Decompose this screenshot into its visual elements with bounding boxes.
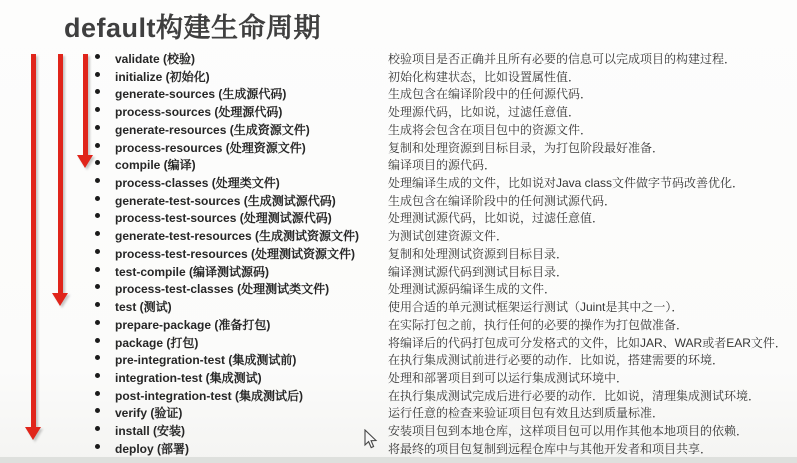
lifecycle-row: deploy (部署)将最终的项目包复制到远程仓库中与其他开发者和项目共享． <box>0 438 797 456</box>
phase-name: process-test-classes (处理测试类文件) <box>115 280 329 297</box>
bullet-icon <box>95 426 100 431</box>
phase-name: prepare-package (准备打包) <box>115 316 270 333</box>
bullet-icon <box>95 125 100 130</box>
bullet-icon <box>95 178 100 183</box>
bullet-icon <box>95 72 100 77</box>
phase-description: 处理源代码，比如说，过滤任意值． <box>388 103 580 120</box>
lifecycle-row: test (测试)使用合适的单元测试框架运行测试（Juint是其中之一）． <box>0 296 797 314</box>
phase-description: 为测试创建资源文件． <box>388 227 508 244</box>
phase-description: 在执行集成测试完成后进行必要的动作．比如说，清理集成测试环境． <box>388 387 760 404</box>
lifecycle-row: compile (编译)编译项目的源代码． <box>0 154 797 172</box>
phase-description: 生成包含在编译阶段中的任何源代码． <box>388 85 592 102</box>
phase-name: process-classes (处理类文件) <box>115 174 280 191</box>
phase-name: process-resources (处理资源文件) <box>115 139 306 156</box>
phase-name: test (测试) <box>115 298 172 315</box>
bullet-icon <box>95 143 100 148</box>
lifecycle-row: generate-test-sources (生成测试源代码)生成包含在编译阶段… <box>0 190 797 208</box>
lifecycle-row: package (打包)将编译后的代码打包成可分发格式的文件，比如JAR、WAR… <box>0 332 797 350</box>
lifecycle-list: validate (校验)校验项目是否正确并且所有必要的信息可以完成项目的构建过… <box>0 0 797 463</box>
bullet-icon <box>95 89 100 94</box>
lifecycle-row: initialize (初始化)初始化构建状态，比如设置属性值． <box>0 66 797 84</box>
lifecycle-row: process-test-classes (处理测试类文件)处理测试源码编译生成… <box>0 278 797 296</box>
phase-name: validate (校验) <box>115 50 195 67</box>
bullet-icon <box>95 196 100 201</box>
phase-description: 初始化构建状态，比如设置属性值． <box>388 68 580 85</box>
phase-description: 编译项目的源代码． <box>388 156 496 173</box>
lifecycle-row: prepare-package (准备打包)在实际打包之前，执行任何的必要的操作… <box>0 314 797 332</box>
phase-name: verify (验证) <box>115 404 182 421</box>
phase-name: process-test-resources (处理测试资源文件) <box>115 245 355 262</box>
phase-description: 运行任意的检查来验证项目包有效且达到质量标准． <box>388 404 664 421</box>
bullet-icon <box>95 160 100 165</box>
bullet-icon <box>95 373 100 378</box>
bullet-icon <box>95 284 100 289</box>
phase-name: process-sources (处理源代码) <box>115 103 282 120</box>
phase-description: 在执行集成测试前进行必要的动作．比如说，搭建需要的环境． <box>388 351 724 368</box>
lifecycle-row: generate-sources (生成源代码)生成包含在编译阶段中的任何源代码… <box>0 83 797 101</box>
bullet-icon <box>95 338 100 343</box>
phase-name: generate-sources (生成源代码) <box>115 85 286 102</box>
phase-description: 使用合适的单元测试框架运行测试（Juint是其中之一）． <box>388 298 683 315</box>
phase-name: generate-test-sources (生成测试源代码) <box>115 192 336 209</box>
phase-name: install (安装) <box>115 422 185 439</box>
lifecycle-row: process-test-resources (处理测试资源文件)复制和处理测试… <box>0 243 797 261</box>
bullet-icon <box>95 408 100 413</box>
phase-description: 处理测试源码编译生成的文件． <box>388 280 556 297</box>
mouse-cursor <box>363 429 379 450</box>
lifecycle-row: generate-resources (生成资源文件)生成将会包含在项目包中的资… <box>0 119 797 137</box>
bullet-icon <box>95 267 100 272</box>
phase-description: 复制和处理资源到目标目录，为打包阶段最好准备． <box>388 139 664 156</box>
lifecycle-row: validate (校验)校验项目是否正确并且所有必要的信息可以完成项目的构建过… <box>0 48 797 66</box>
phase-description: 生成将会包含在项目包中的资源文件． <box>388 121 592 138</box>
phase-description: 在实际打包之前，执行任何的必要的操作为打包做准备． <box>388 316 688 333</box>
bullet-icon <box>95 320 100 325</box>
bullet-icon <box>95 355 100 360</box>
bottom-edge-bar <box>0 457 797 463</box>
lifecycle-row: process-sources (处理源代码)处理源代码，比如说，过滤任意值． <box>0 101 797 119</box>
bullet-icon <box>95 249 100 254</box>
lifecycle-row: verify (验证)运行任意的检查来验证项目包有效且达到质量标准． <box>0 402 797 420</box>
phase-name: generate-test-resources (生成测试资源文件) <box>115 227 359 244</box>
phase-name: integration-test (集成测试) <box>115 369 262 386</box>
lifecycle-row: post-integration-test (集成测试后)在执行集成测试完成后进… <box>0 385 797 403</box>
bullet-icon <box>95 444 100 449</box>
phase-name: deploy (部署) <box>115 440 189 457</box>
phase-name: test-compile (编译测试源码) <box>115 263 269 280</box>
phase-name: package (打包) <box>115 334 198 351</box>
phase-name: process-test-sources (处理测试源代码) <box>115 209 332 226</box>
phase-name: generate-resources (生成资源文件) <box>115 121 310 138</box>
phase-description: 安装项目包到本地仓库，这样项目包可以用作其他本地项目的依赖． <box>388 422 748 439</box>
phase-description: 校验项目是否正确并且所有必要的信息可以完成项目的构建过程． <box>388 50 736 67</box>
bullet-icon <box>95 391 100 396</box>
lifecycle-row: process-resources (处理资源文件)复制和处理资源到目标目录，为… <box>0 137 797 155</box>
slide: default构建生命周期 validate (校验)校验项目是否正确并且所有必… <box>0 0 797 463</box>
lifecycle-row: test-compile (编译测试源码)编译测试源代码到测试目标目录． <box>0 261 797 279</box>
phase-description: 将最终的项目包复制到远程仓库中与其他开发者和项目共享． <box>388 440 712 457</box>
phase-name: pre-integration-test (集成测试前) <box>115 351 296 368</box>
bullet-icon <box>95 107 100 112</box>
phase-name: post-integration-test (集成测试后) <box>115 387 303 404</box>
bullet-icon <box>95 302 100 307</box>
lifecycle-row: process-classes (处理类文件)处理编译生成的文件，比如说对Jav… <box>0 172 797 190</box>
phase-name: compile (编译) <box>115 156 196 173</box>
bullet-icon <box>95 213 100 218</box>
lifecycle-row: integration-test (集成测试)处理和部署项目到可以运行集成测试环… <box>0 367 797 385</box>
phase-description: 复制和处理测试资源到目标目录． <box>388 245 568 262</box>
lifecycle-row: install (安装)安装项目包到本地仓库，这样项目包可以用作其他本地项目的依… <box>0 420 797 438</box>
phase-description: 生成包含在编译阶段中的任何测试源代码． <box>388 192 616 209</box>
phase-description: 处理和部署项目到可以运行集成测试环境中． <box>388 369 628 386</box>
lifecycle-row: pre-integration-test (集成测试前)在执行集成测试前进行必要… <box>0 349 797 367</box>
bullet-icon <box>95 54 100 59</box>
bullet-icon <box>95 231 100 236</box>
phase-description: 处理编译生成的文件，比如说对Java class文件做字节码改善优化． <box>388 174 744 191</box>
phase-name: initialize (初始化) <box>115 68 210 85</box>
phase-description: 处理测试源代码，比如说，过滤任意值． <box>388 209 604 226</box>
phase-description: 将编译后的代码打包成可分发格式的文件，比如JAR、WAR或者EAR文件． <box>388 334 787 351</box>
phase-description: 编译测试源代码到测试目标目录． <box>388 263 568 280</box>
lifecycle-row: process-test-sources (处理测试源代码)处理测试源代码，比如… <box>0 207 797 225</box>
lifecycle-row: generate-test-resources (生成测试资源文件)为测试创建资… <box>0 225 797 243</box>
